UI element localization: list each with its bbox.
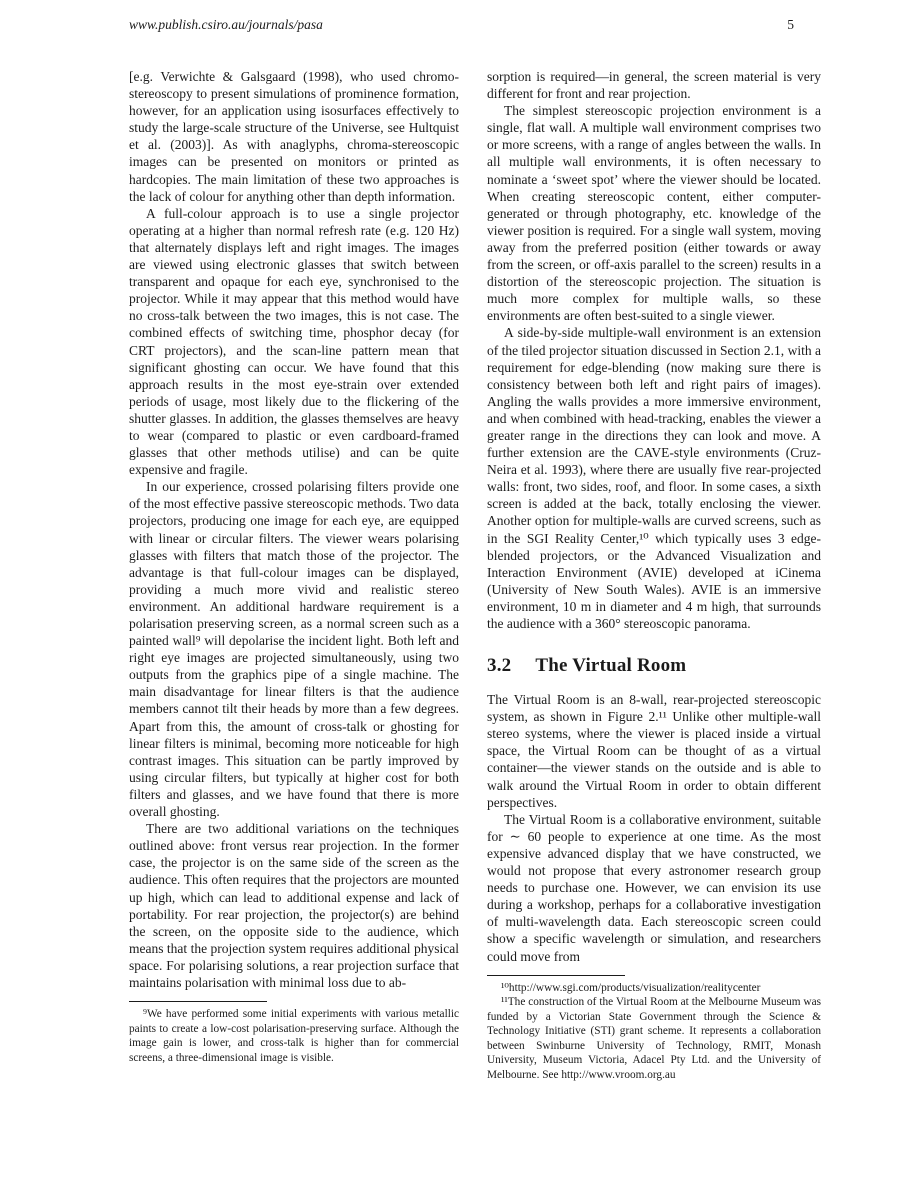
footnote-separator — [487, 975, 625, 976]
footnote-separator — [129, 1001, 267, 1002]
footnote-9: ⁹We have performed some initial experime… — [129, 1007, 459, 1065]
paragraph: The Virtual Room is a collaborative envi… — [487, 811, 821, 965]
paragraph: [e.g. Verwichte & Galsgaard (1998), who … — [129, 68, 459, 205]
footnote-11: ¹¹The construction of the Virtual Room a… — [487, 995, 821, 1082]
journal-url: www.publish.csiro.au/journals/pasa — [129, 17, 323, 33]
page-number: 5 — [787, 17, 794, 33]
section-heading: 3.2The Virtual Room — [487, 655, 821, 677]
paragraph: There are two additional variations on t… — [129, 820, 459, 991]
paragraph: In our experience, crossed polarising fi… — [129, 478, 459, 820]
paragraph: The simplest stereoscopic projection env… — [487, 102, 821, 324]
footnote-10: ¹⁰http://www.sgi.com/products/visualizat… — [487, 981, 821, 996]
paragraph: A side-by-side multiple-wall environment… — [487, 324, 821, 632]
section-number: 3.2 — [487, 655, 511, 676]
paper-page: { "header": { "journal_url": "www.publis… — [0, 0, 920, 1191]
paragraph: The Virtual Room is an 8-wall, rear-proj… — [487, 691, 821, 811]
section-title: The Virtual Room — [535, 655, 686, 676]
right-column: sorption is required—in general, the scr… — [487, 68, 821, 1082]
paragraph: sorption is required—in general, the scr… — [487, 68, 821, 102]
paragraph: A full-colour approach is to use a singl… — [129, 205, 459, 479]
left-column: [e.g. Verwichte & Galsgaard (1998), who … — [129, 68, 459, 1065]
